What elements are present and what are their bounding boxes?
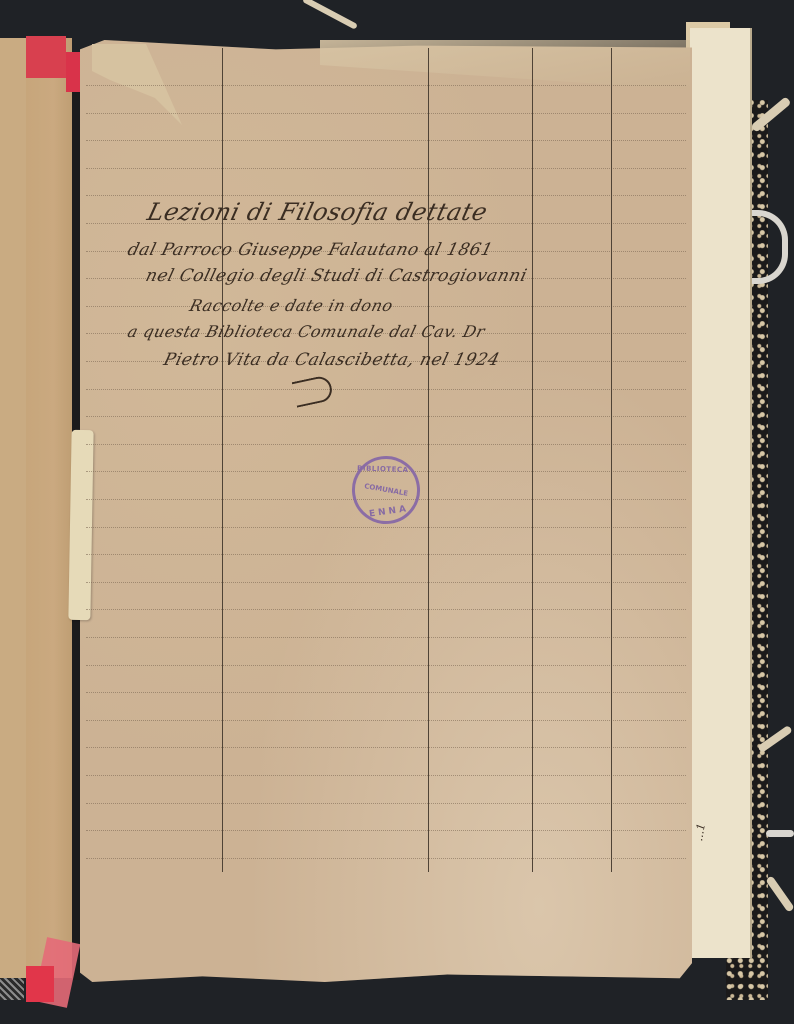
red-tape-bottom (26, 966, 54, 1002)
ruled-line (86, 554, 686, 555)
binding-string-top (302, 0, 358, 30)
ruled-line (86, 389, 686, 390)
column-line (532, 48, 533, 872)
paper-repair-tab (68, 430, 93, 620)
column-line (428, 48, 429, 872)
red-tape-top-fold (66, 52, 82, 92)
ruled-line (86, 803, 686, 804)
ruled-line (86, 665, 686, 666)
ruled-line (86, 830, 686, 831)
handwriting-line: Raccolte e date in dono (188, 296, 395, 315)
ruled-line (86, 609, 686, 610)
ruled-line (86, 416, 686, 417)
ruled-line (86, 168, 686, 169)
stamp-text-top: BIBLIOTECA (357, 464, 409, 474)
ruled-line (86, 140, 686, 141)
ruled-line (86, 582, 686, 583)
handwriting-title: Lezioni di Filosofia dettate (145, 198, 491, 226)
ruled-line (86, 720, 686, 721)
ruled-line (86, 858, 686, 859)
ruled-line (86, 692, 686, 693)
left-cover-board (0, 38, 26, 978)
red-tape-top (26, 36, 66, 78)
binding-string-loop (752, 210, 788, 284)
handwriting-line: nel Collegio degli Studi di Castrogiovan… (144, 266, 530, 286)
handwriting-line: a questa Biblioteca Comunale dal Cav. Dr (126, 322, 488, 341)
binding-string (765, 875, 794, 912)
column-line (611, 48, 612, 872)
underlying-pages-edge (690, 28, 752, 958)
column-line (222, 48, 223, 872)
ruled-line (86, 444, 686, 445)
ruled-line (86, 85, 686, 86)
ruled-line (86, 527, 686, 528)
stamp-text-middle: COMUNALE (364, 482, 409, 498)
left-page-strip (26, 38, 72, 978)
binding-string (766, 830, 794, 837)
ruled-line (86, 747, 686, 748)
handwriting-line: dal Parroco Giuseppe Falautano al 1861 (126, 240, 495, 260)
ruled-line (86, 113, 686, 114)
ruled-line (86, 637, 686, 638)
ruled-line (86, 775, 686, 776)
marbled-cover-corner (0, 978, 24, 1000)
handwriting-line: Pietro Vita da Calascibetta, nel 1924 (162, 350, 502, 370)
stamp-text-bottom: ENNA (368, 504, 409, 519)
ruled-line (86, 195, 686, 196)
